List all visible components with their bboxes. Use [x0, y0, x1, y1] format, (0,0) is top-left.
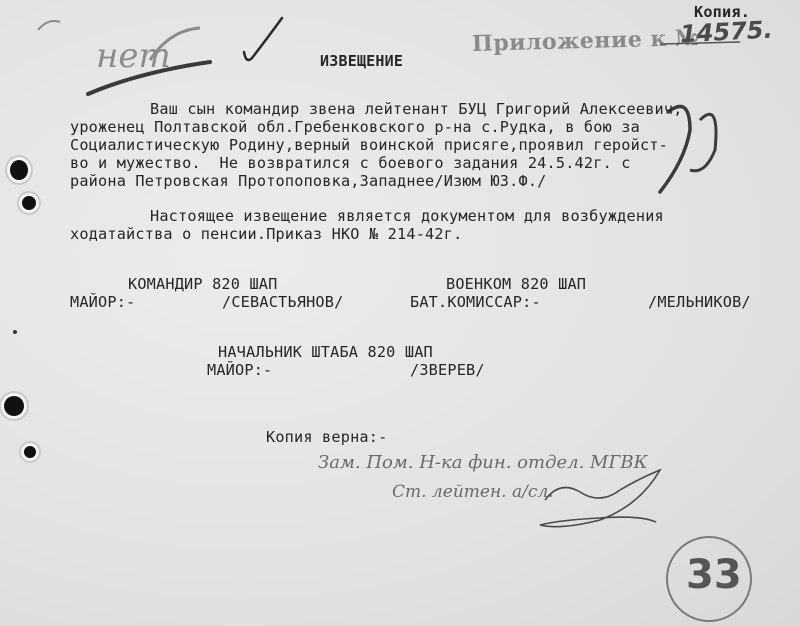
commander-rank: МАЙОР:-: [70, 293, 135, 311]
chief-of-staff-rank: МАЙОР:-: [207, 361, 272, 379]
commissar-name: /МЕЛЬНИКОВ/: [648, 293, 751, 311]
body-line: ходатайства о пенсии.Приказ НКО № 214-42…: [70, 225, 462, 243]
body-line: уроженец Полтавской обл.Гребенковского р…: [70, 118, 640, 136]
certification-label: Копия верна:-: [266, 428, 387, 446]
body-line: во и мужество. Не возвратился с боевого …: [70, 154, 631, 172]
certification-handwritten-line1: Зам. Пом. Н-ка фин. отдел. МГВК: [318, 452, 648, 473]
commander-title: КОМАНДИР 820 ШАП: [128, 275, 278, 293]
certification-handwritten-line2: Ст. лейтен. а/сл.: [392, 482, 554, 502]
body-line: Настоящее извещение является документом …: [150, 207, 664, 225]
chief-of-staff-name: /ЗВЕРЕВ/: [410, 361, 485, 379]
body-line: района Петровская Протопоповка,Западнее/…: [70, 172, 547, 190]
commissar-rank: БАТ.КОМИССАР:-: [410, 293, 541, 311]
commander-name: /СЕВАСТЬЯНОВ/: [222, 293, 343, 311]
body-line: Ваш сын командир звена лейтенант БУЦ Гри…: [150, 100, 683, 118]
pen-strokes: [0, 0, 800, 626]
body-line: Социалистическую Родину,верный воинской …: [70, 136, 668, 154]
document-title: ИЗВЕЩЕНИЕ: [320, 52, 403, 70]
chief-of-staff-title: НАЧАЛЬНИК ШТАБА 820 ШАП: [218, 343, 433, 361]
commissar-title: ВОЕНКОМ 820 ШАП: [446, 275, 586, 293]
page-number: 33: [686, 552, 742, 598]
